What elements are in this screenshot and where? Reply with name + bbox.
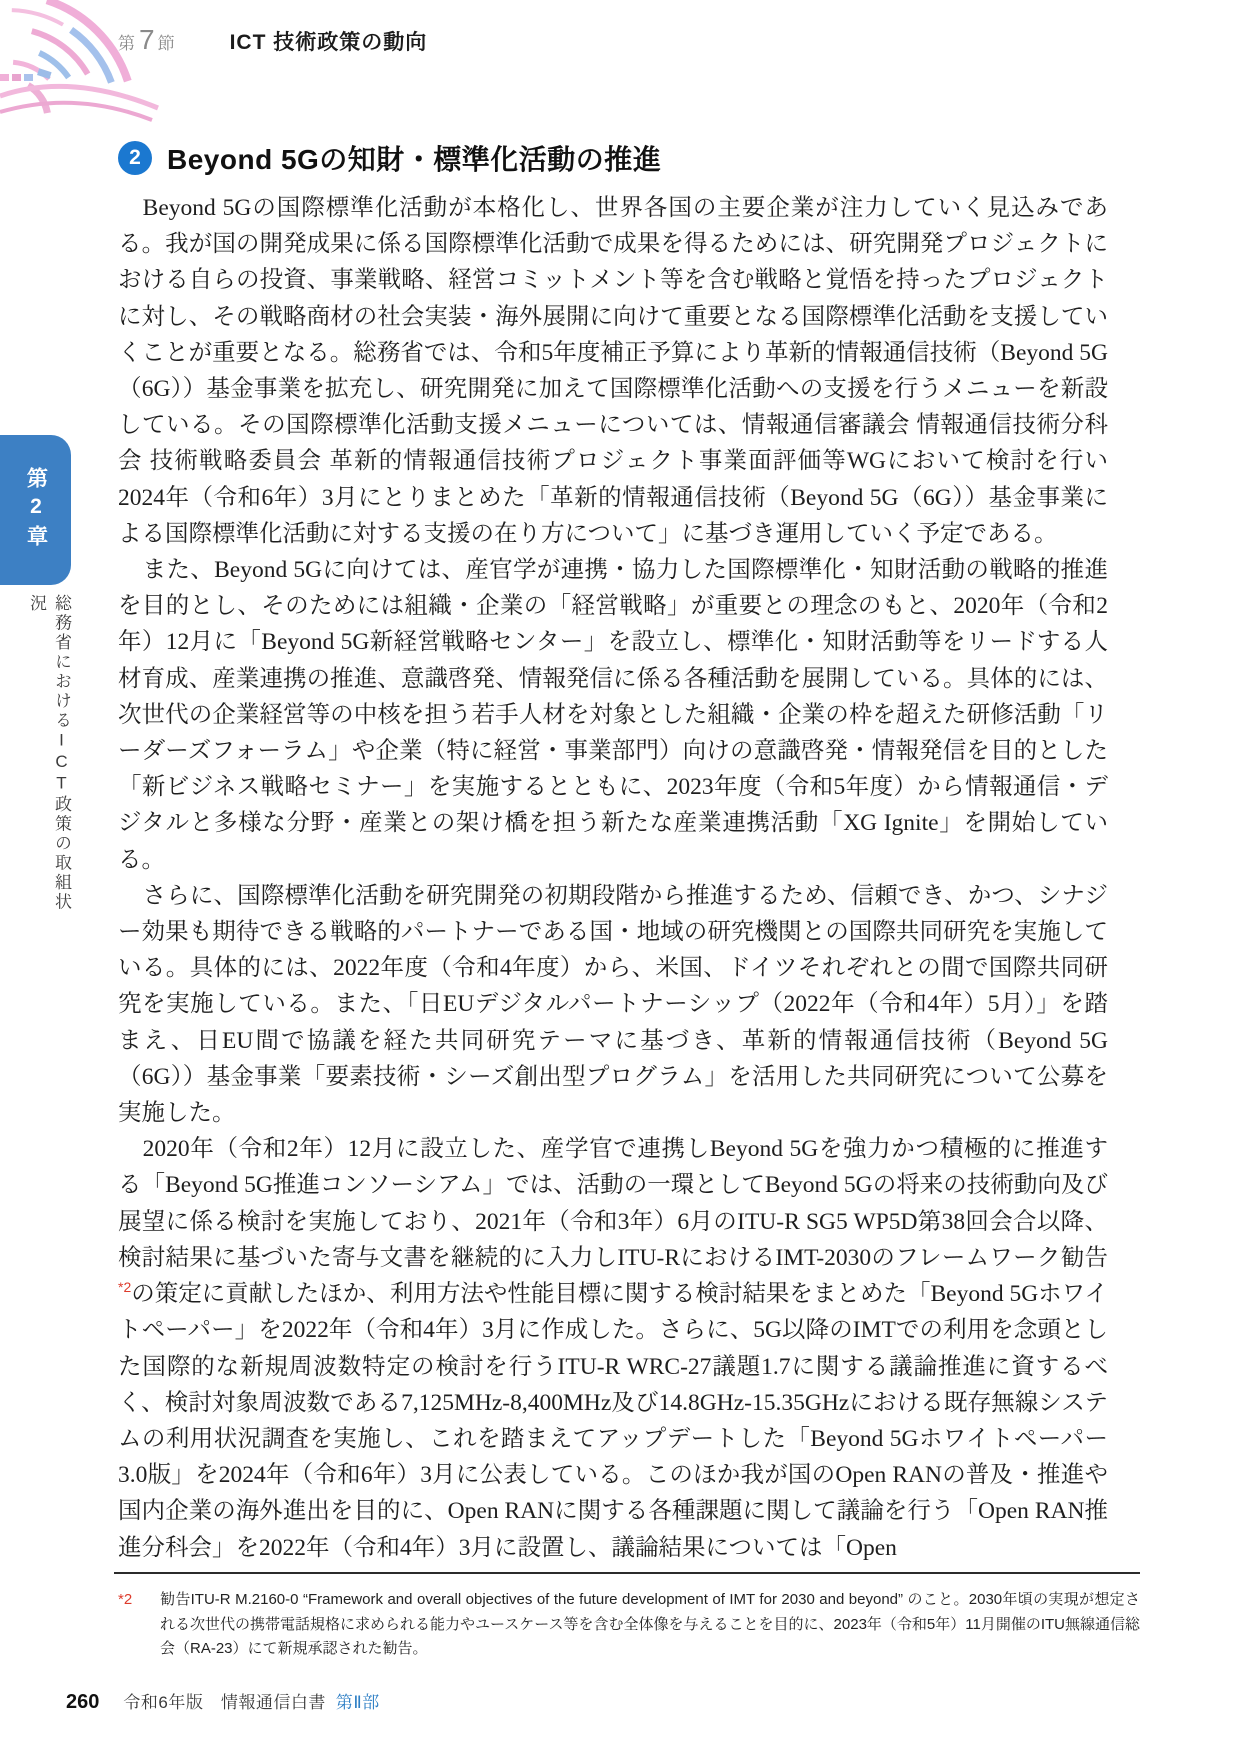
chapter-tab-label: 第2章 — [21, 467, 51, 553]
heading-number-badge: 2 — [118, 141, 152, 175]
page-header: 第 7 節 ICT 技術政策の動向 — [118, 24, 427, 56]
page-number: 260 — [66, 1691, 99, 1714]
body-paragraph-4: 2020年（令和2年）12月に設立した、産学官で連携しBeyond 5Gを強力か… — [118, 1131, 1108, 1565]
body-text: Beyond 5Gの国際標準化活動が本格化し、世界各国の主要企業が注力していく見… — [118, 190, 1108, 1566]
footer-part-label: 第Ⅱ部 — [336, 1688, 380, 1713]
paragraph-4-text-a: 2020年（令和2年）12月に設立した、産学官で連携しBeyond 5Gを強力か… — [118, 1136, 1108, 1271]
document-page: 第 7 節 ICT 技術政策の動向 第2章 総務省におけるICT政策の取組状況 … — [0, 0, 1241, 1754]
chapter-tab: 第2章 — [0, 435, 71, 585]
chapter-side-title: 総務省におけるICT政策の取組状況 — [24, 594, 74, 924]
section-label-prefix: 第 — [118, 29, 136, 54]
footnote-divider — [114, 1572, 1140, 1574]
arc-pattern-decoration — [0, 0, 165, 125]
main-column: 2 Beyond 5Gの知財・標準化活動の推進 Beyond 5Gの国際標準化活… — [118, 138, 1108, 1566]
section-title: ICT 技術政策の動向 — [230, 26, 428, 56]
paragraph-4-text-b: の策定に貢献したほか、利用方法や性能目標に関する検討結果をまとめた「Beyond… — [118, 1281, 1108, 1560]
section-label-suffix: 節 — [158, 29, 176, 54]
footnote-marker: *2 — [118, 1588, 160, 1662]
body-paragraph-3: さらに、国際標準化活動を研究開発の初期段階から推進するため、信頼でき、かつ、シナ… — [118, 878, 1108, 1131]
body-paragraph-1: Beyond 5Gの国際標準化活動が本格化し、世界各国の主要企業が注力していく見… — [118, 190, 1108, 552]
footnote-text: 勧告ITU-R M.2160-0 “Framework and overall … — [160, 1588, 1140, 1662]
page-footer: 260 令和6年版 情報通信白書 第Ⅱ部 — [66, 1688, 380, 1714]
footnote-reference-2: *2 — [118, 1279, 131, 1295]
footer-edition: 令和6年版 情報通信白書 — [123, 1688, 325, 1713]
heading-title: Beyond 5Gの知財・標準化活動の推進 — [167, 138, 661, 178]
footnote: *2 勧告ITU-R M.2160-0 “Framework and overa… — [118, 1588, 1140, 1662]
body-paragraph-2: また、Beyond 5Gに向けては、産官学が連携・協力した国際標準化・知財活動の… — [118, 552, 1108, 878]
section-heading: 2 Beyond 5Gの知財・標準化活動の推進 — [118, 138, 1108, 178]
section-number: 7 — [139, 24, 155, 56]
